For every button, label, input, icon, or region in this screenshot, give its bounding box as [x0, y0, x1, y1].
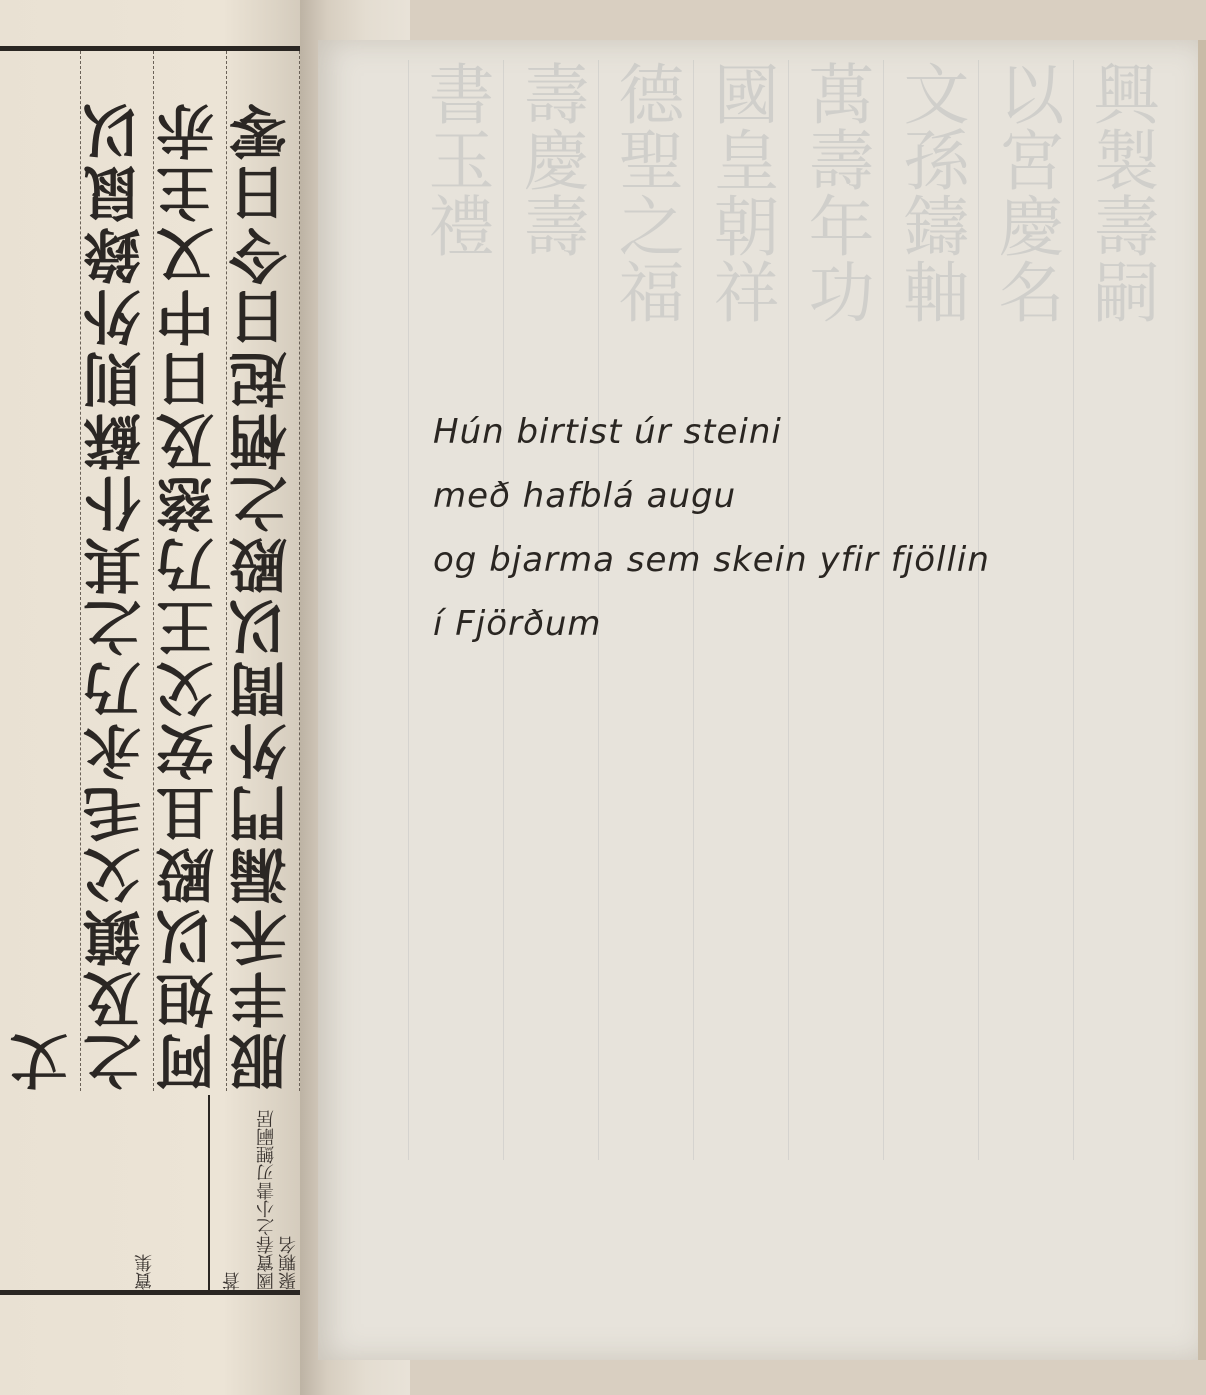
- page-edge: [1198, 40, 1206, 1360]
- handwritten-poem: Hún birtist úr steini með hafblá augu og…: [433, 400, 990, 656]
- text-column: 丈: [8, 51, 81, 1091]
- colophon-mark: 蒼: [222, 1095, 244, 1290]
- colophon: 國寶春之小書刃鯉嗣居聚顆名 蒼 寶集: [20, 1095, 300, 1290]
- frame-border-bottom: [0, 1290, 300, 1295]
- poem-line: í Fjörðum: [433, 592, 990, 656]
- text-column: 阿妲以殿且安父王乃慈及日中又主赤妲: [154, 51, 227, 1091]
- poem-line: með hafblá augu: [433, 464, 990, 528]
- ghost-column: 興製壽嗣: [1073, 60, 1168, 1160]
- ghost-column: 以宮慶名: [978, 60, 1073, 1160]
- right-page: 興製壽嗣 以宮慶名 文孫鑄軸 萬壽年功 國皇朝祥 德聖之福 壽慶壽 書玉禮 Hú…: [318, 40, 1198, 1360]
- colophon-text: 國寶春之小書刃鯉嗣居聚顆名: [256, 1095, 300, 1290]
- poem-line: og bjarma sem skein yfir fjöllin: [433, 528, 990, 592]
- chinese-text-columns: 服丰禾漏門外間以殿之栖起日令日零否 阿妲以殿且安父王乃慈及日中又主赤妲 之及鎮父…: [0, 51, 300, 1091]
- text-column: 服丰禾漏門外間以殿之栖起日令日零否: [227, 51, 300, 1091]
- colophon-divider: [168, 1095, 210, 1290]
- poem-line: Hún birtist úr steini: [433, 400, 990, 464]
- seal-stamp: 寶集: [134, 1095, 156, 1290]
- text-column: 之及鎮父毛永乃之其仆蘇則外錄鼠以: [81, 51, 154, 1091]
- left-page: 服丰禾漏門外間以殿之栖起日令日零否 阿妲以殿且安父王乃慈及日中又主赤妲 之及鎮父…: [0, 0, 318, 1395]
